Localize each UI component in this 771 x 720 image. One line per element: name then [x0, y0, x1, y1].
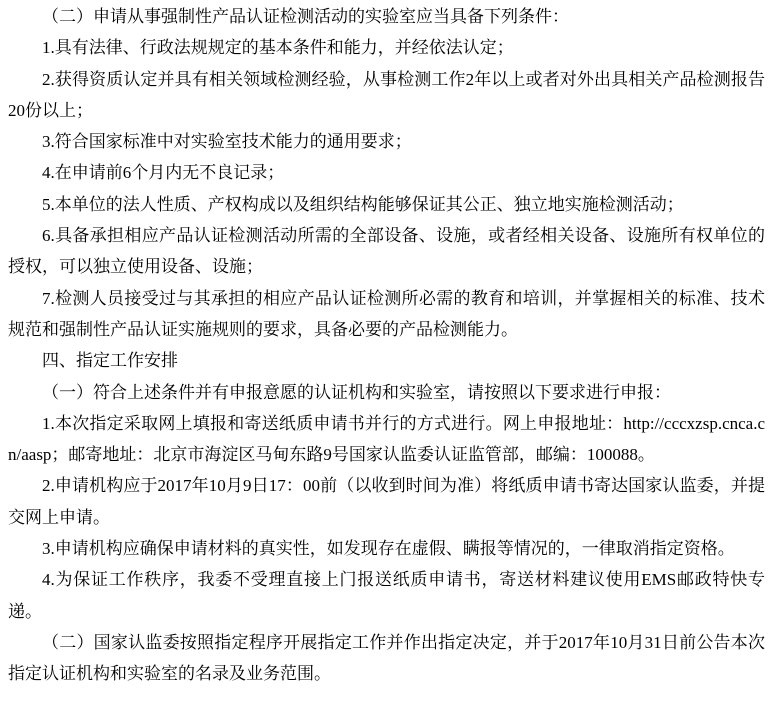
- paragraph: 四、指定工作安排: [8, 345, 765, 376]
- paragraph: 7.检测人员接受过与其承担的相应产品认证检测所必需的教育和培训，并掌握相关的标准…: [8, 283, 765, 346]
- paragraph: 1.本次指定采取网上填报和寄送纸质申请书并行的方式进行。网上申报地址：http:…: [8, 408, 765, 471]
- paragraph: 2.申请机构应于2017年10月9日17：00前（以收到时间为准）将纸质申请书寄…: [8, 470, 765, 533]
- paragraph: 4.在申请前6个月内无不良记录；: [8, 157, 765, 188]
- paragraph: 6.具备承担相应产品认证检测活动所需的全部设备、设施，或者经相关设备、设施所有权…: [8, 220, 765, 283]
- paragraph: （二）申请从事强制性产品认证检测活动的实验室应当具备下列条件：: [8, 1, 765, 32]
- paragraph: 1.具有法律、行政法规规定的基本条件和能力，并经依法认定；: [8, 32, 765, 63]
- paragraph: 4.为保证工作秩序，我委不受理直接上门报送纸质申请书，寄送材料建议使用EMS邮政…: [8, 564, 765, 627]
- paragraph: 3.申请机构应确保申请材料的真实性，如发现存在虚假、瞒报等情况的，一律取消指定资…: [8, 533, 765, 564]
- paragraph: （一）符合上述条件并有申报意愿的认证机构和实验室，请按照以下要求进行申报：: [8, 377, 765, 408]
- paragraph: 5.本单位的法人性质、产权构成以及组织结构能够保证其公正、独立地实施检测活动；: [8, 189, 765, 220]
- document-page: （二）申请从事强制性产品认证检测活动的实验室应当具备下列条件：1.具有法律、行政…: [0, 0, 771, 720]
- document-body: （二）申请从事强制性产品认证检测活动的实验室应当具备下列条件：1.具有法律、行政…: [8, 1, 765, 690]
- paragraph: 2.获得资质认定并具有相关领域检测经验，从事检测工作2年以上或者对外出具相关产品…: [8, 64, 765, 127]
- paragraph: （二）国家认监委按照指定程序开展指定工作并作出指定决定，并于2017年10月31…: [8, 627, 765, 690]
- paragraph: 3.符合国家标准中对实验室技术能力的通用要求；: [8, 126, 765, 157]
